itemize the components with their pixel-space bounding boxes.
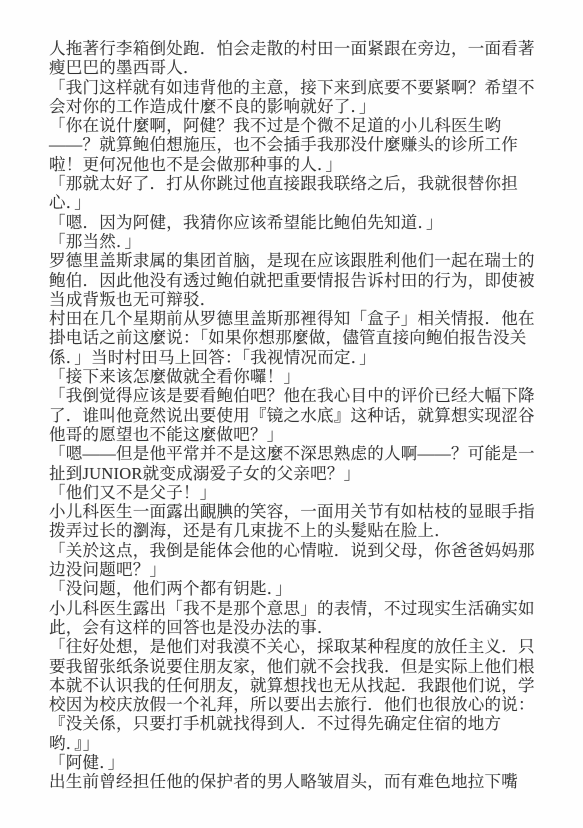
text-line: 「阿健．」 (49, 753, 537, 772)
text-line: 「那当然．」 (49, 232, 537, 251)
text-line: 要我留张纸条说要住朋友家，他们就不会找我．但是实际上他们根 (49, 657, 537, 676)
novel-page: 人拖著行李箱倒处跑．怕会走散的村田一面紧跟在旁边，一面看著瘦巴巴的墨西哥人．「我… (0, 0, 583, 828)
text-line: 此，会有这样的回答也是没办法的事． (49, 618, 537, 637)
text-line: 「嗯——但是他平常并不是这麼不深思熟虑的人啊——？可能是一 (49, 444, 537, 463)
text-line: 啦！更何况他也不是会做那种事的人．」 (49, 155, 537, 174)
text-line: 「那就太好了．打从你跳过他直接跟我联络之后，我就很替你担 (49, 174, 537, 193)
text-line: 小儿科医生露出「我不是那个意思」的表情，不过现实生活确实如 (49, 599, 537, 618)
text-line: 掛电话之前这麼说：「如果你想那麼做，儘管直接向鲍伯报告没关 (49, 328, 537, 347)
text-line: ——？就算鲍伯想施压，也不会插手我那没什麼赚头的诊所工作 (49, 135, 537, 154)
text-line: 会对你的工作造成什麼不良的影响就好了．」 (49, 97, 537, 116)
text-line: 鲍伯．因此他没有透过鲍伯就把重要情报告诉村田的行为，即使被 (49, 271, 537, 290)
text-line: 「嗯．因为阿健，我猜你应该希望能比鲍伯先知道．」 (49, 213, 537, 232)
text-line: 「我门这样就有如违背他的主意，接下来到底要不要紧啊？希望不 (49, 78, 537, 97)
text-line: 「接下来该怎麼做就全看你囉！」 (49, 367, 537, 386)
text-line: 边没问题吧？」 (49, 560, 537, 579)
text-line: 人拖著行李箱倒处跑．怕会走散的村田一面紧跟在旁边，一面看著 (49, 39, 537, 58)
text-line: 小儿科医生一面露出靦腆的笑容，一面用关节有如枯枝的显眼手指 (49, 502, 537, 521)
text-line: 校因为校庆放假一个礼拜，所以要出去旅行．他们也很放心的说： (49, 695, 537, 714)
text-line: 「你在说什麼啊，阿健？我不过是个微不足道的小儿科医生哟 (49, 116, 537, 135)
text-line: 「我倒觉得应该是要看鲍伯吧？他在我心目中的评价已经大幅下降 (49, 386, 537, 405)
text-line: 「往好处想，是他们对我漠不关心，採取某种程度的放任主义．只 (49, 637, 537, 656)
text-line: 了．谁叫他竟然说出要使用『镜之水底』这种话，就算想实现涩谷 (49, 406, 537, 425)
text-line: 係．」当时村田马上回答：「我视情况而定．」 (49, 348, 537, 367)
text-line: 出生前曾经担任他的保护者的男人略皱眉头，而有难色地拉下嘴 (49, 772, 537, 791)
text-line: 哟．』」 (49, 734, 537, 753)
text-line: 村田在几个星期前从罗德里盖斯那裡得知「盒子」相关情报．他在 (49, 309, 537, 328)
text-line: 当成背叛也无可辩驳． (49, 290, 537, 309)
text-line: 本就不认识我的任何朋友，就算想找也无从找起．我跟他们说，学 (49, 676, 537, 695)
text-line: 拨弄过长的瀏海，还是有几束拢不上的头髮贴在脸上． (49, 521, 537, 540)
text-line: 瘦巴巴的墨西哥人． (49, 58, 537, 77)
page-text-block: 人拖著行李箱倒处跑．怕会走散的村田一面紧跟在旁边，一面看著瘦巴巴的墨西哥人．「我… (49, 39, 537, 792)
text-line: 扯到JUNIOR就变成溺爱子女的父亲吧？」 (49, 464, 537, 483)
text-line: 罗德里盖斯隶属的集团首脑，是现在应该跟胜利他们一起在瑞士的 (49, 251, 537, 270)
text-line: 他哥的愿望也不能这麼做吧？」 (49, 425, 537, 444)
text-line: 『没关係，只要打手机就找得到人．不过得先确定住宿的地方 (49, 714, 537, 733)
text-line: 「没问题，他们两个都有钥匙．」 (49, 579, 537, 598)
text-line: 「关於这点，我倒是能体会他的心情啦．说到父母，你爸爸妈妈那 (49, 541, 537, 560)
text-line: 「他们又不是父子！」 (49, 483, 537, 502)
text-line: 心．」 (49, 193, 537, 212)
